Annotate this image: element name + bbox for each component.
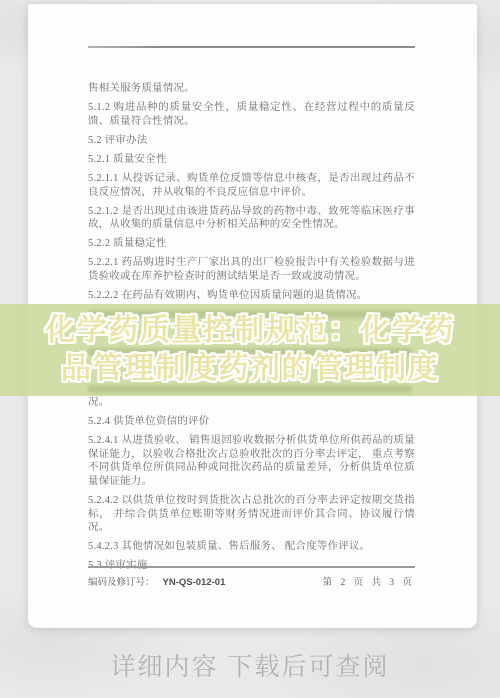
footer-page-number: 第 2 页 共 3 页 bbox=[323, 574, 415, 588]
footer-rule bbox=[88, 566, 415, 568]
paragraph: 5.1.2 购进品种的质量安全性，质量稳定性、在经营过程中的质量反馈、质量符合性… bbox=[88, 101, 415, 128]
paragraph: 5.2.2.1 药品购进时生产厂家出具的出厂检验报告中有关检验数据与进货验收或在… bbox=[88, 256, 415, 283]
title-overlay-band: 化学药质量控制规范：化学药 品管理制度药剂的管理制度 bbox=[0, 304, 500, 396]
paragraph: 5.2.2.2 在药品有效期内、购货单位因质量问题的退货情况。 bbox=[88, 289, 415, 303]
paragraph: 5.2.4.2 以供货单位按时到货批次占总批次的百分率去评定按期交货指标， 并综… bbox=[88, 494, 415, 535]
footer-code-group: 编码及修订号： YN-QS-012-01 bbox=[88, 574, 225, 588]
document-header-rule bbox=[88, 46, 415, 48]
overlay-title-line-1: 化学药质量控制规范：化学药 bbox=[0, 312, 500, 351]
paragraph: 5.2 评审办法 bbox=[88, 134, 415, 148]
paragraph: 5.2.1 质量安全性 bbox=[88, 153, 415, 167]
document-text-upper: 售相关服务质量情况。5.1.2 购进品种的质量安全性，质量稳定性、在经营过程中的… bbox=[88, 82, 415, 308]
paragraph: 5.2.1.1 从投诉记录、购货单位反馈等信息中核查，是否出现过药品不良反应情况… bbox=[88, 172, 415, 199]
footer-row: 编码及修订号： YN-QS-012-01 第 2 页 共 3 页 bbox=[88, 574, 415, 588]
paragraph: 5.4.2.3 其他情况如包装质量、售后服务、 配合度等作评议。 bbox=[88, 540, 415, 554]
document-text-lower: 况。5.2.4 供货单位资信的评价5.2.4.1 从进货验收、 销售退回验收数据… bbox=[88, 396, 415, 579]
paragraph: 5.2.4 供货单位资信的评价 bbox=[88, 415, 415, 429]
paragraph: 5.2.1.2 是否出现过由该进货药品导致的药物中毒、致死等临床医疗事故，从收集… bbox=[88, 205, 415, 232]
footer-code-label: 编码及修订号： bbox=[88, 574, 155, 588]
document-page-footer: 编码及修订号： YN-QS-012-01 第 2 页 共 3 页 bbox=[88, 566, 415, 588]
footer-code-value: YN-QS-012-01 bbox=[163, 577, 226, 588]
paragraph: 5.2.4.1 从进货验收、 销售退回验收数据分析供货单位所供药品的质量保证能力… bbox=[88, 434, 415, 488]
download-hint-text: 详细内容 下载后可查阅 bbox=[111, 647, 390, 683]
paragraph: 售相关服务质量情况。 bbox=[88, 82, 415, 96]
download-hint-bar[interactable]: 详细内容 下载后可查阅 bbox=[0, 645, 500, 685]
paragraph: 5.2.2 质量稳定性 bbox=[88, 237, 415, 251]
overlay-title-line-2: 品管理制度药剂的管理制度 bbox=[0, 350, 500, 389]
paragraph: 况。 bbox=[88, 396, 415, 410]
screenshot-root: { "theme": { "band_color": "rgba(203,217… bbox=[0, 0, 500, 698]
